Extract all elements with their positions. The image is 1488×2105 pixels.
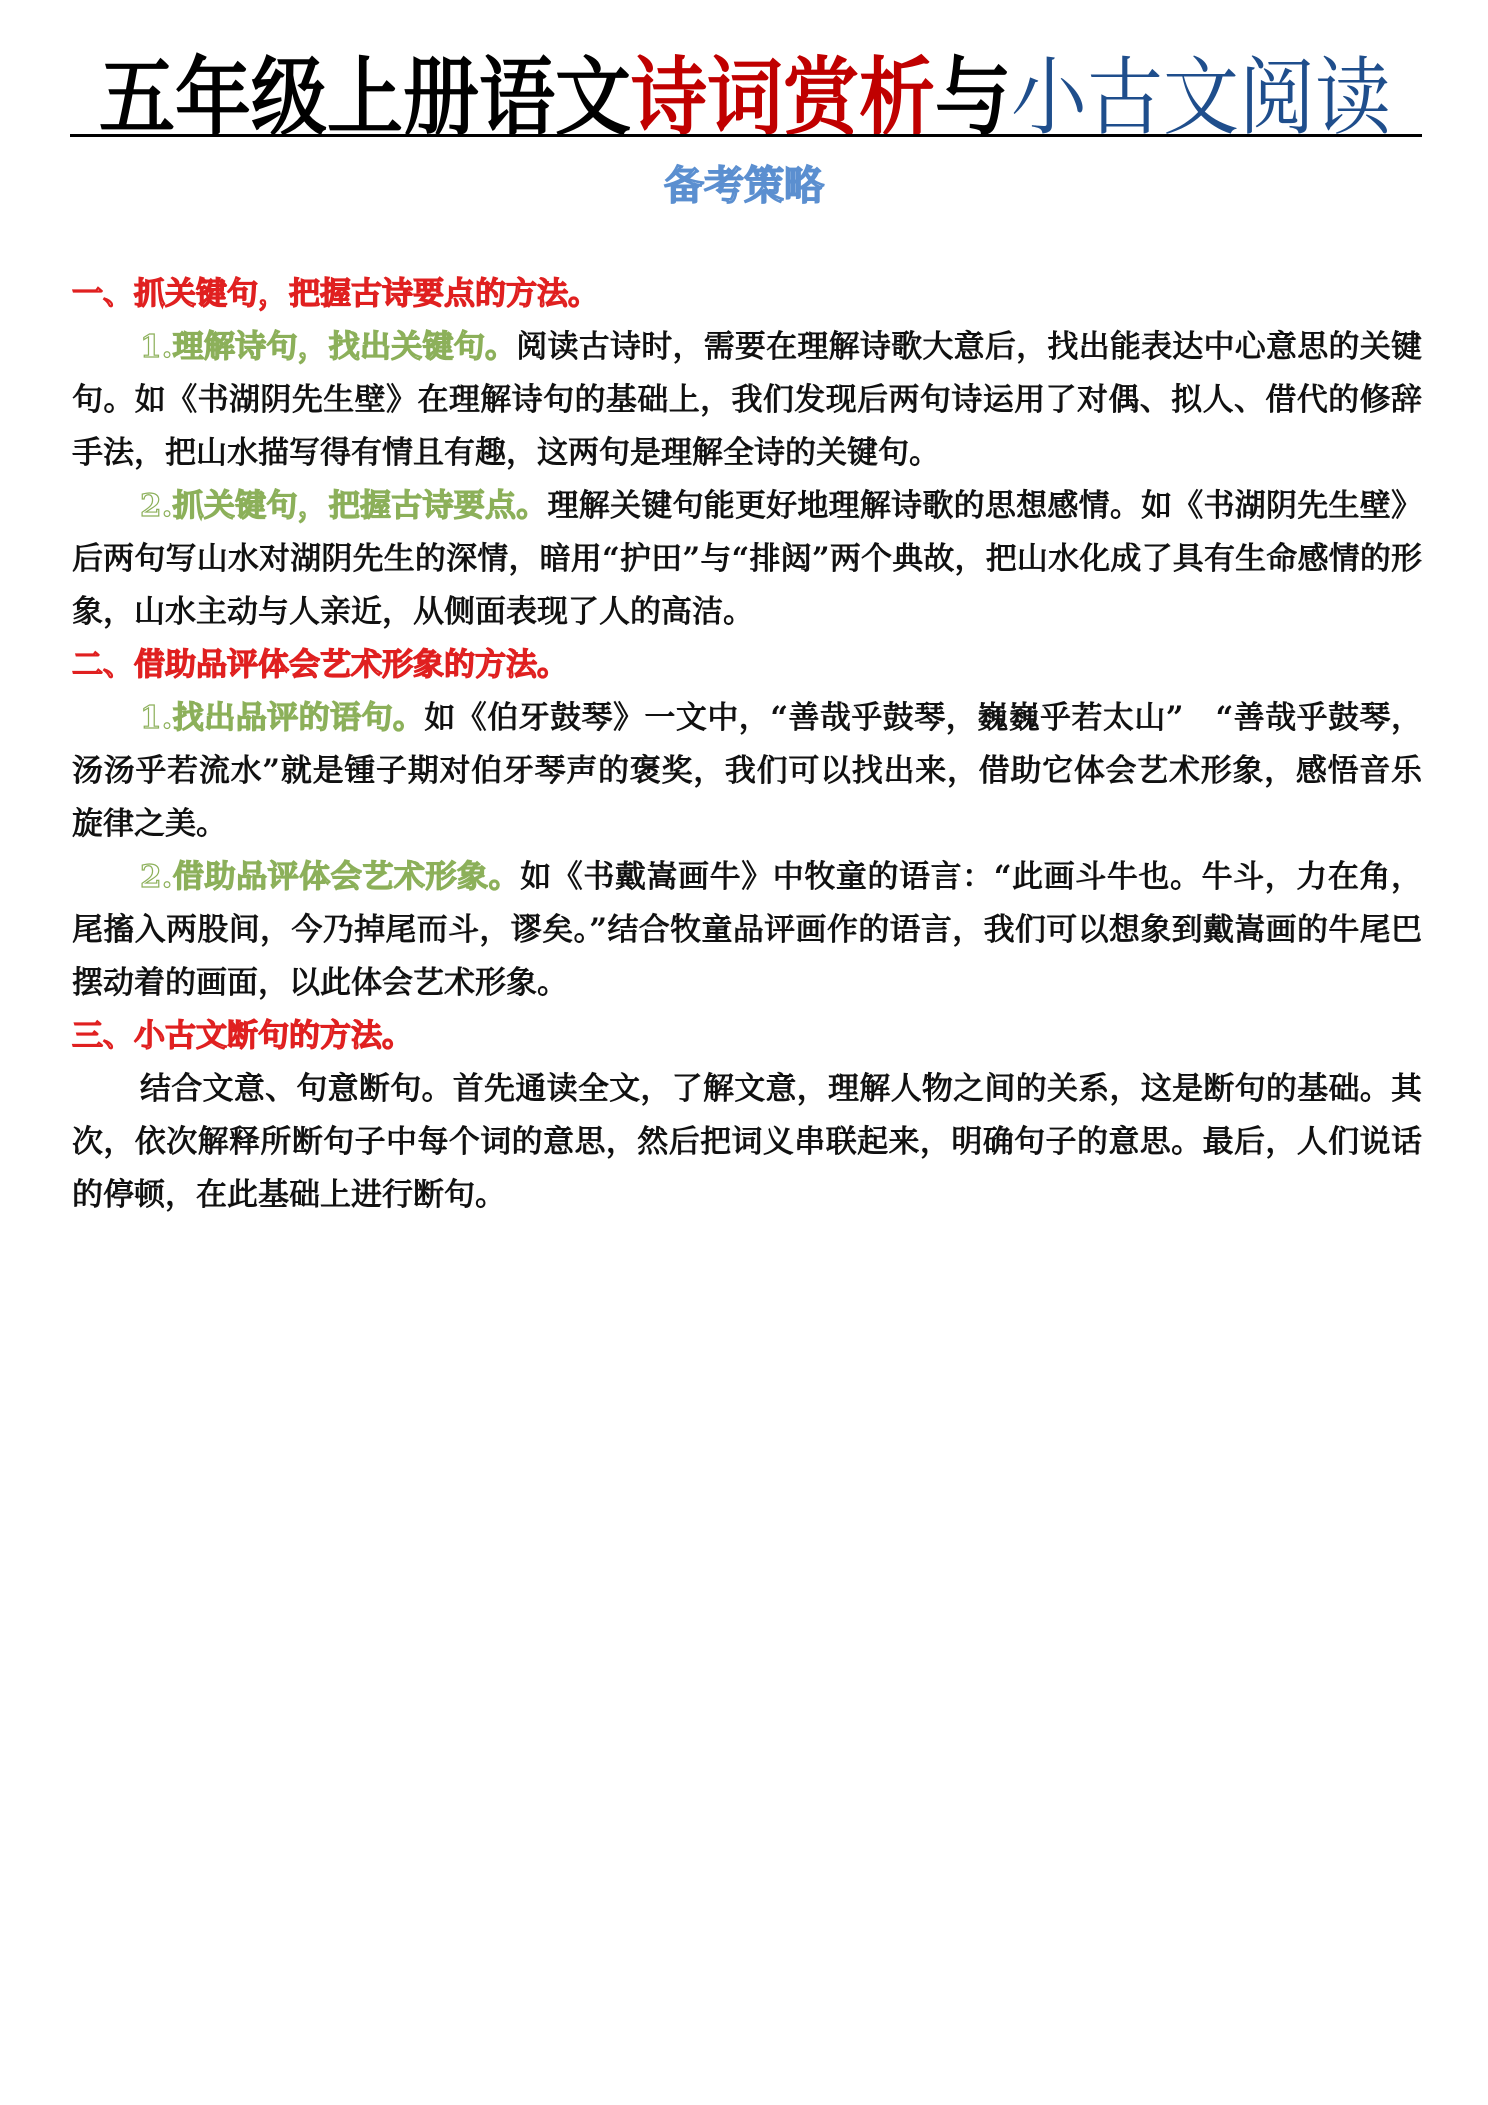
title-part-poetry: 诗词赏析 [631, 47, 935, 147]
document-page: 五年级上册语文诗词赏析与小古文阅读 备考策略 一、抓关键句，把握古诗要点的方法。… [0, 0, 1488, 2105]
title-part-grade: 五年级上册语文 [99, 47, 631, 147]
subheading-1-1: 1.理解诗句，找出关键句。 [140, 329, 516, 365]
subheading-2-1: 1.找出品评的语句。 [140, 700, 424, 736]
paragraph-2-2: 2.借助品评体会艺术形象。如《书戴嵩画牛》中牧童的语言：“此画斗牛也。牛斗，力在… [72, 851, 1422, 1010]
title-divider [70, 134, 1422, 137]
subheading-2-2: 2.借助品评体会艺术形象。 [140, 859, 520, 895]
paragraph-2-1: 1.找出品评的语句。如《伯牙鼓琴》一文中，“善哉乎鼓琴，巍巍乎若太山” “善哉乎… [72, 692, 1422, 851]
paragraph-3-1: 结合文意、句意断句。首先通读全文，了解文意，理解人物之间的关系，这是断句的基础。… [72, 1063, 1422, 1222]
section-heading-1: 一、抓关键句，把握古诗要点的方法。 [72, 268, 1422, 321]
title-part-and: 与 [935, 47, 1011, 147]
section-heading-2: 二、借助品评体会艺术形象的方法。 [72, 639, 1422, 692]
title-part-classical: 小古文阅读 [1011, 47, 1391, 147]
section-heading-3: 三、小古文断句的方法。 [72, 1010, 1422, 1063]
subheading-1-2: 2.抓关键句，把握古诗要点。 [140, 488, 548, 524]
paragraph-text-3-1: 结合文意、句意断句。首先通读全文，了解文意，理解人物之间的关系，这是断句的基础。… [72, 1071, 1422, 1213]
page-subtitle: 备考策略 [0, 162, 1488, 210]
paragraph-1-1: 1.理解诗句，找出关键句。阅读古诗时，需要在理解诗歌大意后，找出能表达中心意思的… [72, 321, 1422, 480]
paragraph-1-2: 2.抓关键句，把握古诗要点。理解关键句能更好地理解诗歌的思想感情。如《书湖阴先生… [72, 480, 1422, 639]
document-body: 一、抓关键句，把握古诗要点的方法。 1.理解诗句，找出关键句。阅读古诗时，需要在… [72, 268, 1422, 1222]
